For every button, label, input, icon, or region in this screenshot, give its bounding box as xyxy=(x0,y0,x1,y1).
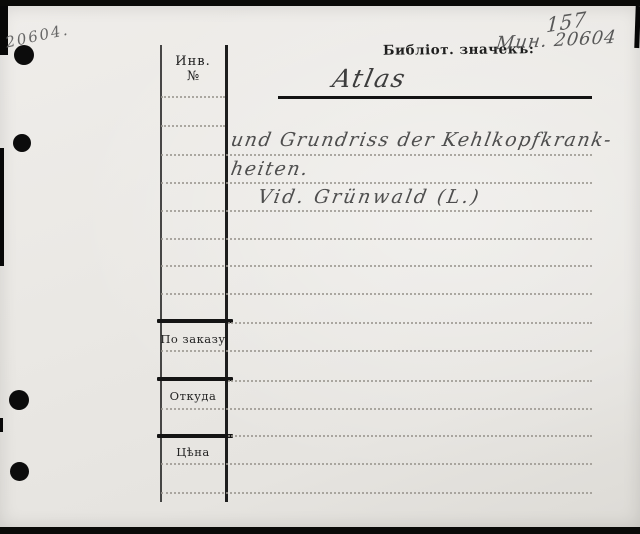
handwritten-body-line1: und Grundriss der Kehlkopfkrank- xyxy=(229,129,614,151)
dotted-line xyxy=(161,463,592,465)
dotted-line xyxy=(161,182,592,184)
hole-punch xyxy=(10,462,29,481)
handwritten-body-line3: Vid. Grünwald (L.) xyxy=(256,186,483,208)
dotted-line xyxy=(161,96,225,98)
dotted-line xyxy=(161,408,592,410)
field-label-price: Цѣна xyxy=(160,445,226,459)
field-label-on-order: По заказу xyxy=(160,332,226,346)
inventory-label-line1: Инв. xyxy=(160,54,226,69)
dotted-line xyxy=(161,125,225,127)
dotted-line xyxy=(161,265,592,267)
title-underline-rule xyxy=(278,96,592,99)
scan-edge-shadow xyxy=(0,418,3,432)
handwritten-body-line2: heiten. xyxy=(229,158,311,180)
dotted-line xyxy=(161,210,592,212)
dotted-line xyxy=(161,492,592,494)
scan-edge-shadow xyxy=(0,148,4,266)
dotted-line xyxy=(161,238,592,240)
dotted-line xyxy=(228,322,592,324)
section-divider-bar xyxy=(157,377,233,381)
hole-punch xyxy=(9,390,29,410)
handwritten-title: Atlas xyxy=(330,64,410,93)
scanned-catalog-card: Инв. № По заказу Откуда Цѣна Библіот. зн… xyxy=(0,0,640,534)
dotted-line xyxy=(161,293,592,295)
dotted-line xyxy=(228,380,592,382)
dotted-line xyxy=(228,435,592,437)
scan-edge-shadow xyxy=(634,6,640,48)
field-label-from-where: Откуда xyxy=(160,389,226,403)
section-divider-bar xyxy=(157,434,233,438)
section-divider-bar xyxy=(157,319,233,323)
dotted-line xyxy=(161,350,592,352)
inventory-label-line2: № xyxy=(160,69,226,84)
hole-punch xyxy=(13,134,31,152)
dotted-line xyxy=(161,154,592,156)
